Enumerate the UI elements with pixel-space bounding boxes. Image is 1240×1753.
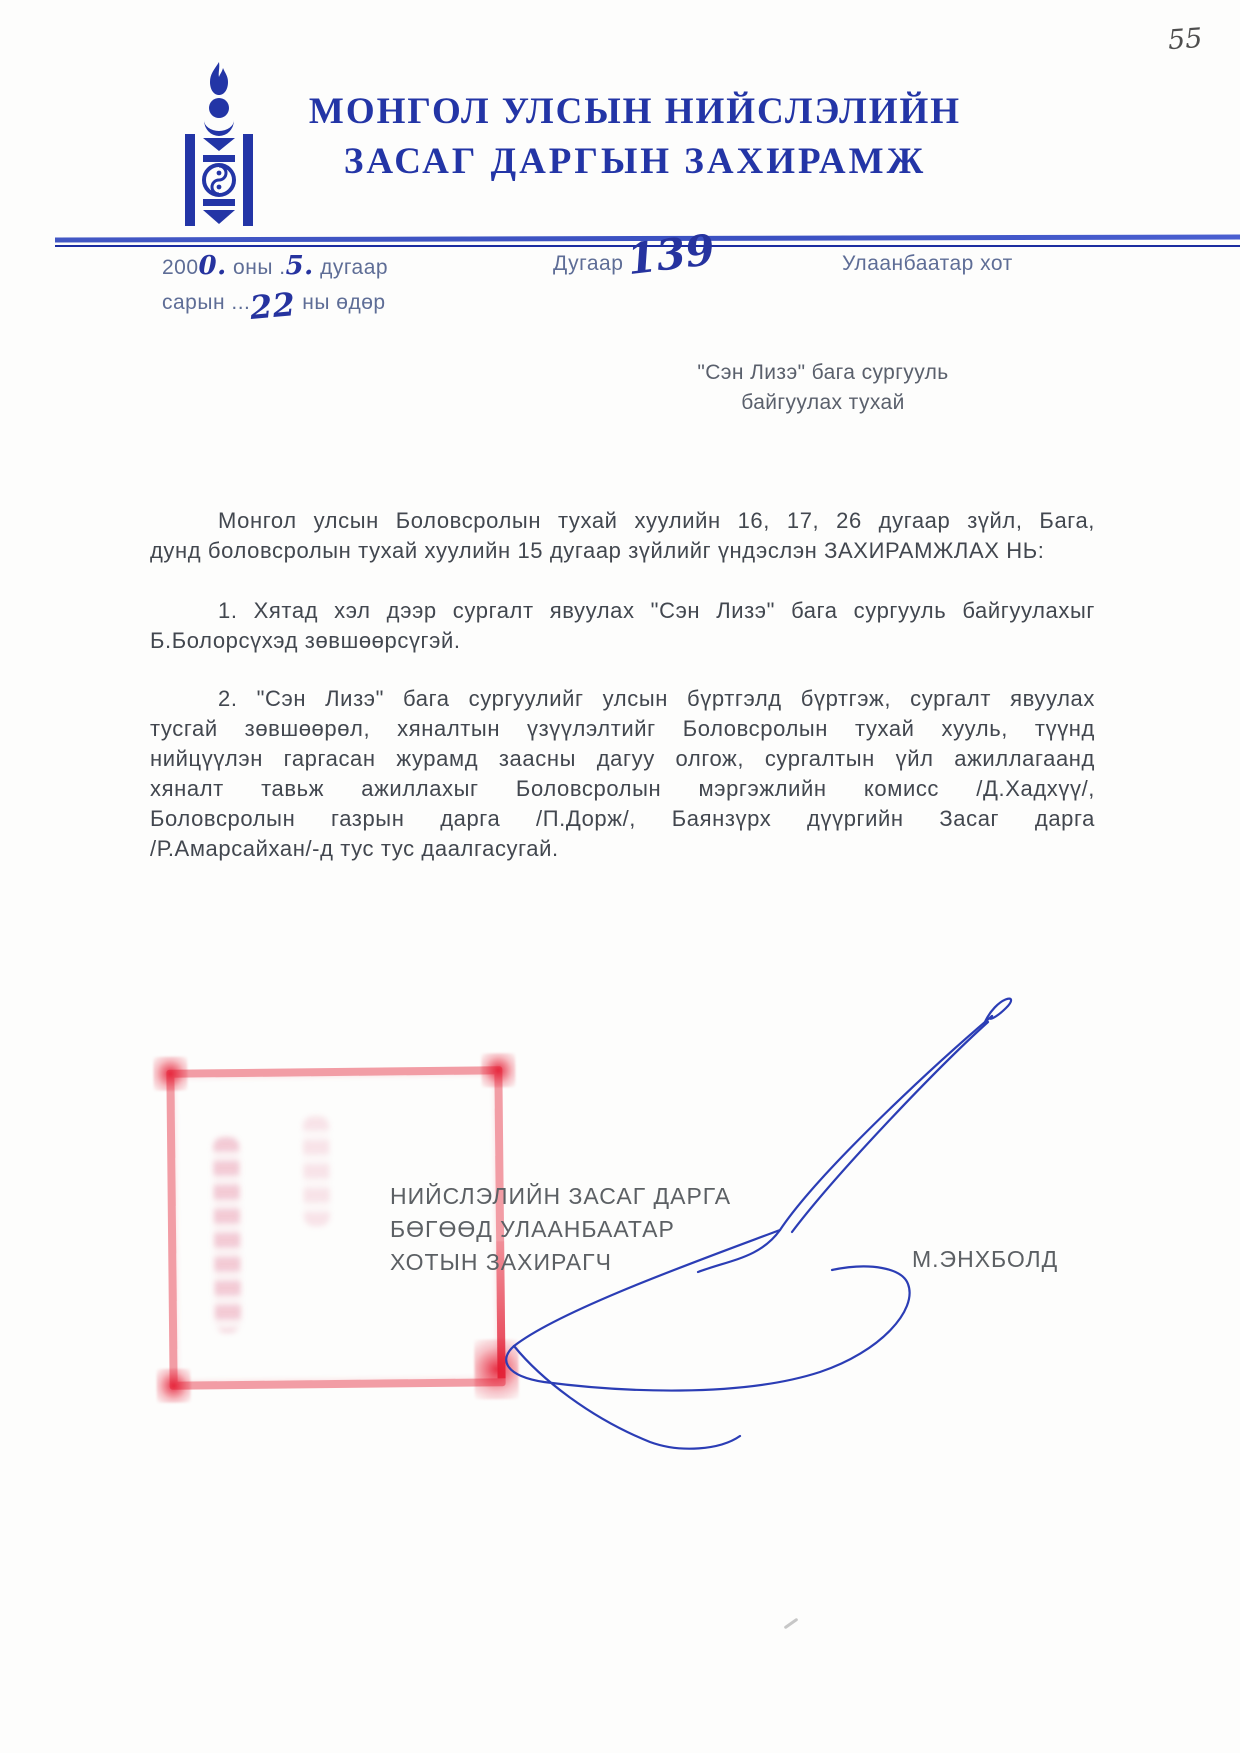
soyombo-emblem-icon <box>179 60 259 232</box>
decree-number-label: Дугаар <box>553 252 623 276</box>
handwritten-year-digit: 0. <box>199 251 227 281</box>
date-line-1: 2000. оны .5. дугаар <box>162 251 462 283</box>
handwritten-decree-number: 139 <box>624 225 717 284</box>
date-block: 2000. оны .5. дугаар сарын ...22 ны өдөр <box>162 251 462 318</box>
body-line: Боловсролын газрын дарга /П.Дорж/, Баянз… <box>150 804 1095 834</box>
body-line: /Р.Амарсайхан/-д тус тус даалгасугай. <box>150 834 1095 864</box>
decree-item-2: 2. "Сэн Лизэ" бага сургуулийг улсын бүрт… <box>150 684 1095 864</box>
stamp-ghost-text <box>213 1137 241 1332</box>
body-line: нийцүүлэн гаргасан журамд заасны дагуу о… <box>150 744 1095 774</box>
stamp-corner <box>156 1369 190 1403</box>
handwritten-page-number: 55 <box>1167 23 1203 56</box>
subject-block: "Сэн Лизэ" бага сургууль байгуулах тухай <box>668 358 978 418</box>
subject-line-2: байгуулах тухай <box>668 388 978 418</box>
body-line: 1. Хятад хэл дээр сургалт явуулах "Сэн Л… <box>150 596 1095 626</box>
handwritten-day: 22 <box>249 289 297 324</box>
document-title: МОНГОЛ УЛСЫН НИЙСЛЭЛИЙН ЗАСАГ ДАРГЫН ЗАХ… <box>255 88 1015 188</box>
body-line: тусгай зөвшөөрөл, хяналтын үзүүлэлтийг Б… <box>150 714 1095 744</box>
document-page: 55 МОНГОЛ УЛСЫН НИЙСЛЭЛИЙН ЗАСАГ ДАРГЫН … <box>0 0 1240 1753</box>
preamble-paragraph: Монгол улсын Боловсролын тухай хуулийн 1… <box>150 506 1095 566</box>
stamp-ghost-text <box>303 1116 330 1226</box>
scan-artifact <box>784 1618 799 1630</box>
body-line: Б.Болорсүхэд зөвшөөрсүгэй. <box>150 626 1095 656</box>
title-line-1: МОНГОЛ УЛСЫН НИЙСЛЭЛИЙН <box>255 88 1015 136</box>
subject-line-1: "Сэн Лизэ" бага сургууль <box>668 358 978 388</box>
body-line: Монгол улсын Боловсролын тухай хуулийн 1… <box>150 506 1095 536</box>
body-line: дунд боловсролын тухай хуулийн 15 дугаар… <box>150 536 1095 566</box>
body-line: 2. "Сэн Лизэ" бага сургуулийг улсын бүрт… <box>150 684 1095 714</box>
handwritten-month: 5. <box>286 251 314 281</box>
ink-signature <box>440 980 1040 1480</box>
city-label: Улаанбаатар хот <box>842 252 1013 276</box>
body-line: хяналт тавьж ажиллахыг Боловсролын мэргэ… <box>150 774 1095 804</box>
date-line-2: сарын ...22 ны өдөр <box>162 283 462 318</box>
decree-item-1: 1. Хятад хэл дээр сургалт явуулах "Сэн Л… <box>150 596 1095 656</box>
title-line-2: ЗАСАГ ДАРГЫН ЗАХИРАМЖ <box>255 136 1015 188</box>
